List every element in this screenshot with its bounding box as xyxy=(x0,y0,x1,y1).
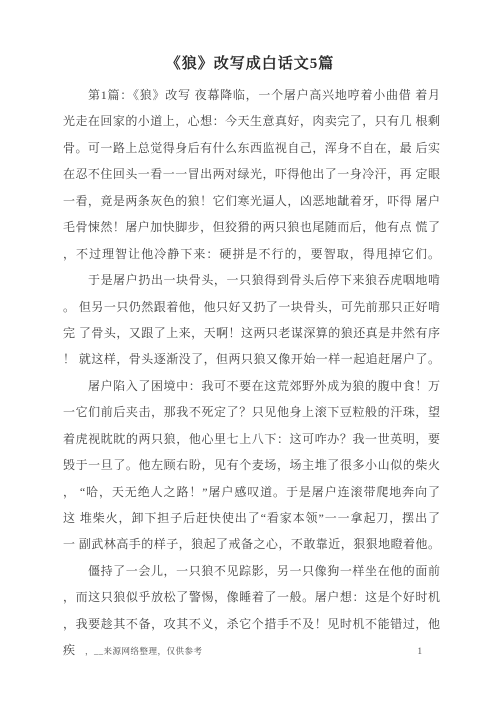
text-line: 一 副武林高手的样子，狼起了戒备之心，不敢靠近，狠狠地瞪着他。 xyxy=(63,531,440,557)
text-line: ，我要趁其不备，攻其不义，杀它个措手不及！见时机不能错过，他 xyxy=(63,611,440,637)
text-line: 一看，竟是两条灰色的狼！它们寒光逼人，凶恶地龇着牙，吓得 屠户 xyxy=(63,188,440,214)
page-number: 1 xyxy=(418,638,423,664)
text-line: 毛骨悚然！屠户加快脚步，但狡猾的两只狼也尾随而后，他有点 慌了 xyxy=(63,214,440,240)
text-line: 骨。可一路上总觉得身后有什么东西监视自己，浑身不自在，最 后实 xyxy=(63,135,440,161)
footer-row: 疾 ，__来源网络整理，仅供参考 1 xyxy=(63,637,440,663)
text-line: ，而这只狼似乎放松了警惕，像睡着了一般。屠户想：这是个好时机 xyxy=(63,584,440,610)
text-line: 。 但另一只仍然跟着他，他只好又扔了一块骨头，可先前那只正好啃 xyxy=(63,294,440,320)
text-line: 一它们前后夹击，那我不死定了？只见他身上滚下豆粒般的汗珠，望 xyxy=(63,399,440,425)
text-line: 光走在回家的小道上，心想：今天生意真好，肉卖完了，只有几 根剩 xyxy=(63,108,440,134)
text-line: 毁于一旦了。他左顾右盼，见有个麦场，场主堆了很多小山似的柴火 xyxy=(63,452,440,478)
page-title: 《狼》改写成白话文5篇 xyxy=(0,52,500,76)
document-page: 《狼》改写成白话文5篇 第1篇：《狼》改写 夜幕降临，一个屠户高兴地哼着小曲借 … xyxy=(0,0,500,707)
body-overflow-text: 疾 xyxy=(63,637,75,663)
footer-note: ，__来源网络整理，仅供参考 xyxy=(85,638,203,664)
text-line: 第1篇：《狼》改写 夜幕降临，一个屠户高兴地哼着小曲借 着月 xyxy=(63,82,440,108)
text-line: ！ 就这样，骨头逐渐没了，但两只狼又像开始一样一起追赶屠户了。 xyxy=(63,346,440,372)
text-line: 这 堆柴火，卸下担子后赶快使出了“看家本领”一一拿起刀，摆出了 xyxy=(63,505,440,531)
document-body: 第1篇：《狼》改写 夜幕降临，一个屠户高兴地哼着小曲借 着月光走在回家的小道上，… xyxy=(63,82,440,637)
text-line: 完 了骨头，又跟了上来，天啊！这两只老谋深算的狼还真是井然有序 xyxy=(63,320,440,346)
text-line: 屠户陷入了困境中：我可不要在这荒郊野外成为狼的腹中食！万 xyxy=(63,373,440,399)
text-line: 于是屠户扔出一块骨头，一只狼得到骨头后停下来狼吞虎咽地啃 xyxy=(63,267,440,293)
text-line: 着虎视眈眈的两只狼，他心里七上八下：这可咋办？我一世英明，要 xyxy=(63,426,440,452)
text-line: ， “哈，天无绝人之路！”屠户感叹道。于是屠户连滚带爬地奔向了 xyxy=(63,479,440,505)
text-line: ，不过理智让他冷静下来：硬拼是不行的，要智取，得甩掉它们。 xyxy=(63,241,440,267)
text-line: 在忍不住回头一看一一冒出两对绿光，吓得他出了一身冷汗，再 定眼 xyxy=(63,161,440,187)
text-line: 僵持了一会儿，一只狼不见踪影，另一只像狗一样坐在他的面前 xyxy=(63,558,440,584)
